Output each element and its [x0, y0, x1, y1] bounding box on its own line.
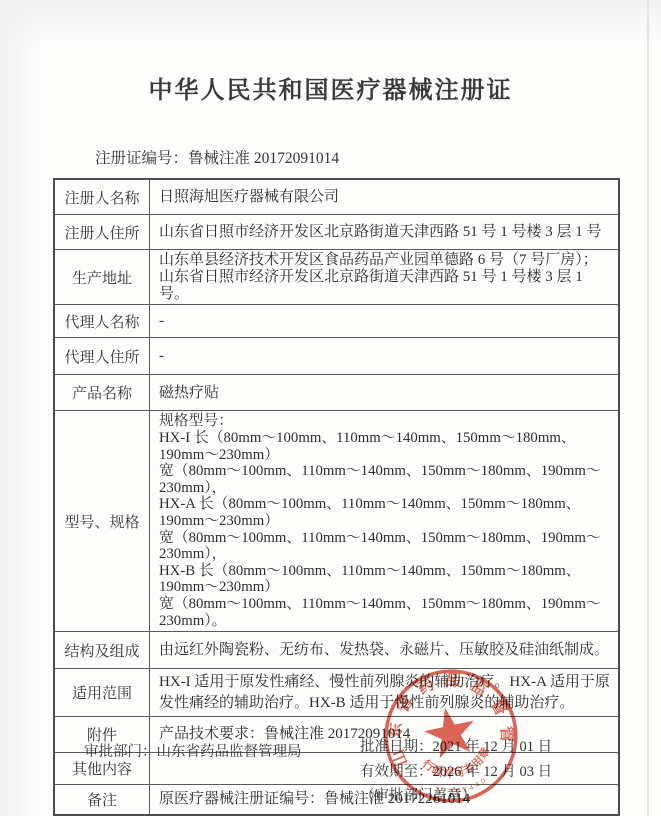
row-value: 规格型号： HX-I 长（80mm～100mm、110mm～140mm、150m…: [150, 411, 618, 631]
table-row-registrant-name: 注册人名称 日照海旭医疗器械有限公司: [55, 180, 618, 214]
table-row-agent-address: 代理人住所 -: [55, 337, 618, 374]
row-value: 山东单县经济技术开发区食品药品产业园单德路 6 号（7 号厂房）； 山东省日照市…: [150, 250, 618, 304]
row-label: 代理人住所: [55, 338, 150, 374]
row-label: 产品名称: [55, 375, 150, 410]
approval-department: 审批部门：山东省药品监督管理局: [84, 740, 302, 761]
table-row-production-address: 生产地址 山东单县经济技术开发区食品药品产业园单德路 6 号（7 号厂房）； 山…: [55, 249, 618, 304]
valid-until-date: 有效期至：2026 年 12 月 03 日: [360, 760, 552, 785]
seal-note: （审批部门盖章）: [360, 784, 552, 809]
row-value: HX-I 适用于原发性痛经、慢性前列腺炎的辅助治疗。HX-A 适用于原发性痛经的…: [150, 669, 618, 716]
row-value: 磁热疗贴: [150, 375, 618, 410]
row-label: 型号、规格: [55, 411, 150, 631]
row-label: 备注: [55, 785, 150, 814]
scan-paper-edge: [647, 0, 649, 816]
row-value: 山东省日照市经济开发区北京路街道天津西路 51 号 1 号楼 3 层 1 号: [150, 215, 618, 249]
scan-shading-left: [0, 0, 44, 816]
page-title: 中华人民共和国医疗器械注册证: [0, 70, 661, 105]
row-label: 适用范围: [55, 669, 150, 716]
cert-number-label: 注册证编号：: [95, 150, 188, 167]
table-row-registrant-address: 注册人住所 山东省日照市经济开发区北京路街道天津西路 51 号 1 号楼 3 层…: [55, 214, 618, 249]
row-label: 注册人住所: [55, 215, 150, 249]
row-value: -: [150, 338, 618, 374]
row-label: 生产地址: [55, 250, 150, 304]
row-value: -: [150, 305, 618, 337]
row-label: 代理人名称: [55, 305, 150, 337]
approval-date: 批准日期：2021 年 12 月 01 日: [360, 735, 552, 760]
table-row-product-name: 产品名称 磁热疗贴: [55, 374, 618, 410]
scan-shading-top: [0, 0, 661, 46]
row-label: 结构及组成: [55, 632, 150, 668]
certificate-table: 注册人名称 日照海旭医疗器械有限公司 注册人住所 山东省日照市经济开发区北京路街…: [53, 178, 620, 816]
table-row-agent-name: 代理人名称 -: [55, 304, 618, 337]
table-row-model-spec: 型号、规格 规格型号： HX-I 长（80mm～100mm、110mm～140m…: [55, 410, 618, 631]
certificate-page: 中华人民共和国医疗器械注册证 注册证编号：鲁械注准 20172091014 注册…: [0, 0, 661, 816]
cert-number-value: 鲁械注准 20172091014: [188, 150, 339, 167]
row-value: 日照海旭医疗器械有限公司: [150, 180, 618, 214]
cert-number-line: 注册证编号：鲁械注准 20172091014: [95, 146, 339, 168]
approval-dates-block: 批准日期：2021 年 12 月 01 日 有效期至：2026 年 12 月 0…: [360, 735, 552, 809]
table-row-scope: 适用范围 HX-I 适用于原发性痛经、慢性前列腺炎的辅助治疗。HX-A 适用于原…: [55, 668, 618, 716]
row-value: 由远红外陶瓷粉、无纺布、发热袋、永磁片、压敏胶及硅油纸制成。: [150, 632, 618, 668]
table-row-structure: 结构及组成 由远红外陶瓷粉、无纺布、发热袋、永磁片、压敏胶及硅油纸制成。: [55, 631, 618, 668]
row-label: 注册人名称: [55, 180, 150, 214]
